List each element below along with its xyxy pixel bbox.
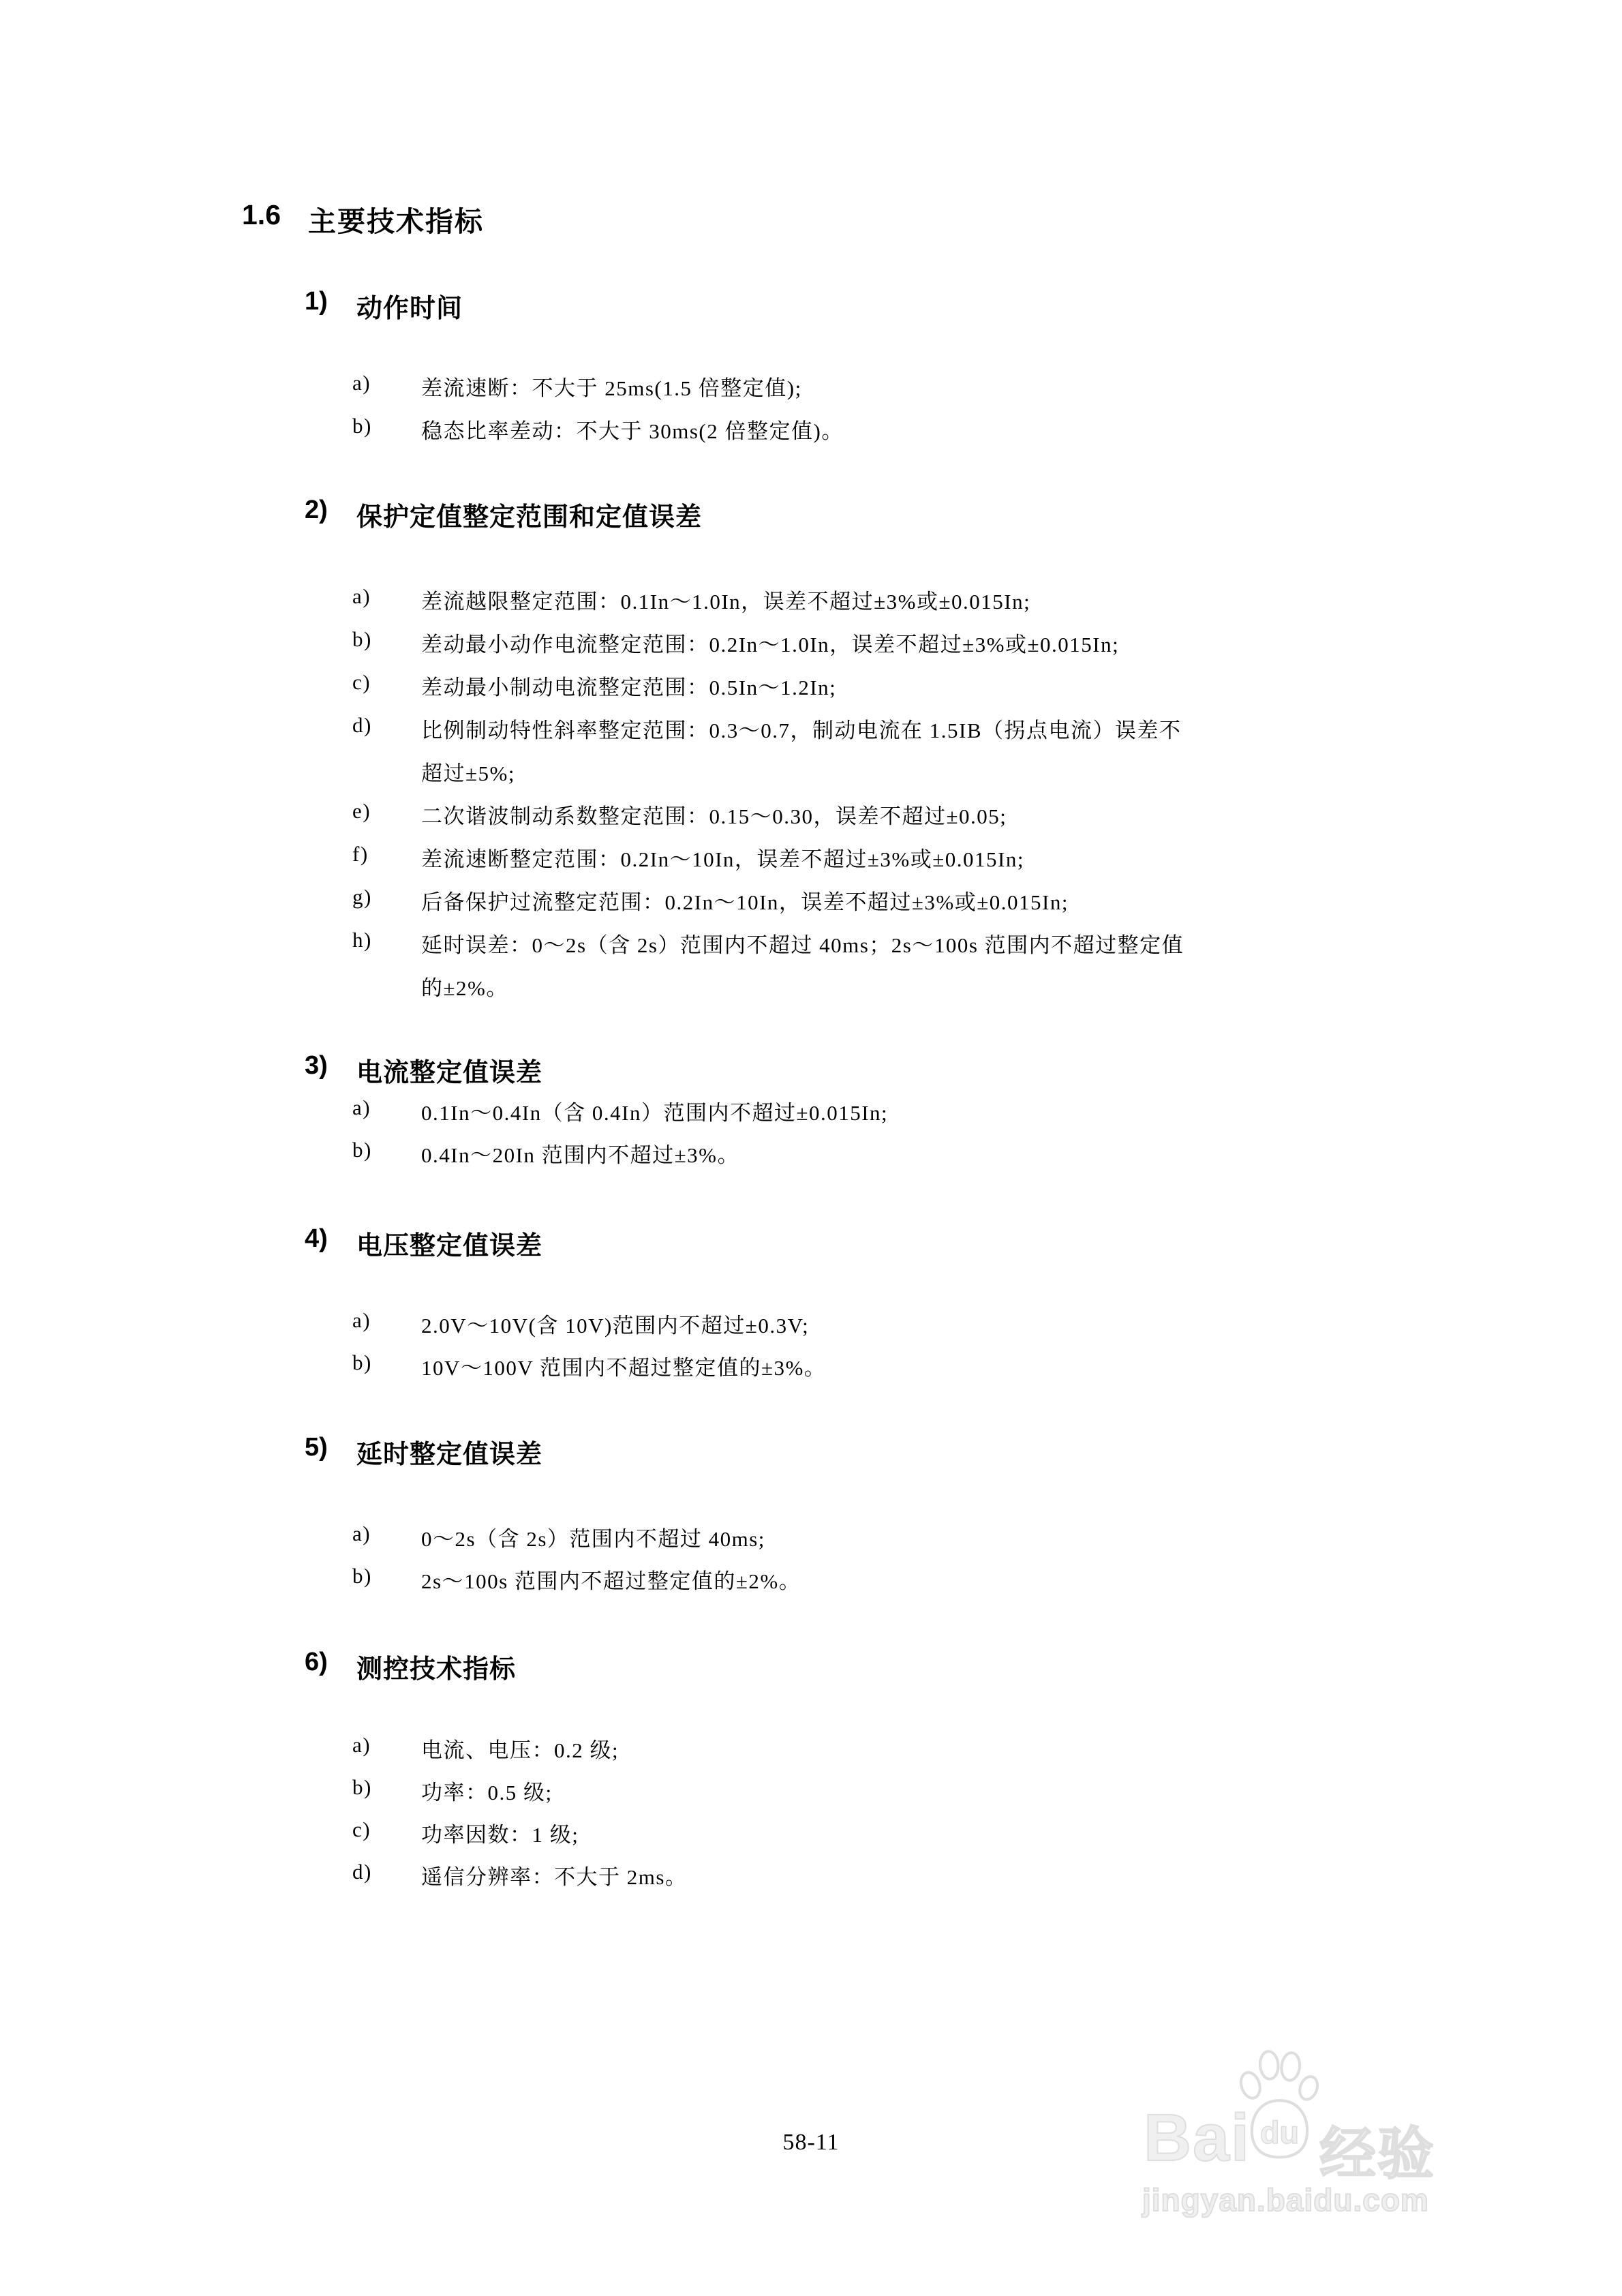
section-heading: 1) 动作时间 (0, 287, 1622, 325)
list-item-text: 0.1In～0.4In（含 0.4In）范围内不超过±0.015In; (421, 1096, 888, 1126)
section-heading-text: 延时整定值误差 (356, 1433, 542, 1470)
list-item-label: f) (352, 842, 369, 866)
list-item: c) 差动最小制动电流整定范围：0.5In～1.2In; (0, 670, 1622, 708)
list-item: a) 电流、电压：0.2 级; (0, 1733, 1622, 1771)
section-number: 5) (305, 1433, 328, 1462)
section-number: 1) (305, 287, 328, 316)
section-heading: 4) 电压整定值误差 (0, 1224, 1622, 1263)
list-item: d) 遥信分辨率：不大于 2ms。 (0, 1860, 1622, 1898)
list-item: a) 0.1In～0.4In（含 0.4In）范围内不超过±0.015In; (0, 1096, 1622, 1134)
watermark-brand-cn: 经验 (1319, 2108, 1435, 2190)
list-item-label: b) (352, 627, 372, 652)
list-item-label: d) (352, 713, 372, 738)
section-heading: 3) 电流整定值误差 (0, 1051, 1622, 1089)
list-item-continuation: 的±2%。 (0, 971, 1622, 1009)
section-heading: 2) 保护定值整定范围和定值误差 (0, 496, 1622, 534)
watermark-brand-du: du (1260, 2115, 1299, 2150)
list-item-label: b) (352, 1775, 372, 1800)
list-item: a) 2.0V～10V(含 10V)范围内不超过±0.3V; (0, 1308, 1622, 1346)
list-item-label: b) (352, 1564, 372, 1588)
list-item: b) 功率：0.5 级; (0, 1775, 1622, 1813)
list-item: c) 功率因数：1 级; (0, 1817, 1622, 1856)
list-item-text: 功率：0.5 级; (421, 1775, 553, 1806)
watermark-site-url: jingyan.baidu.com (1142, 2181, 1429, 2218)
list-item-label: a) (352, 1308, 371, 1333)
baidu-jingyan-watermark: Bai du 经验 jingyan.baidu.com (1139, 2046, 1467, 2251)
section-heading: 5) 延时整定值误差 (0, 1433, 1622, 1471)
list-item-text: 差动最小制动电流整定范围：0.5In～1.2In; (421, 670, 836, 701)
list-item-continuation: 超过±5%; (0, 756, 1622, 794)
list-item: b) 差动最小动作电流整定范围：0.2In～1.0In，误差不超过±3%或±0.… (0, 627, 1622, 665)
list-item: b) 稳态比率差动：不大于 30ms(2 倍整定值)。 (0, 414, 1622, 452)
list-item-text: 差流速断整定范围：0.2In～10In，误差不超过±3%或±0.015In; (421, 842, 1024, 873)
document-page: 1.6 主要技术指标 1) 动作时间 a) 差流速断：不大于 25ms(1.5 … (0, 0, 1622, 2296)
list-item-text: 稳态比率差动：不大于 30ms(2 倍整定值)。 (421, 414, 844, 444)
list-item: d) 比例制动特性斜率整定范围：0.3～0.7，制动电流在 1.5IB（拐点电流… (0, 713, 1622, 751)
list-item-label: d) (352, 1860, 372, 1884)
list-item: b) 2s～100s 范围内不超过整定值的±2%。 (0, 1564, 1622, 1602)
list-item: f) 差流速断整定范围：0.2In～10In，误差不超过±3%或±0.015In… (0, 842, 1622, 880)
list-item-text: 电流、电压：0.2 级; (421, 1733, 619, 1764)
list-item-label: e) (352, 799, 371, 824)
section-number: 6) (305, 1648, 328, 1677)
list-item-label: b) (352, 1138, 372, 1162)
list-item: b) 10V～100V 范围内不超过整定值的±3%。 (0, 1350, 1622, 1389)
section-number: 3) (305, 1051, 328, 1081)
list-item: a) 差流速断：不大于 25ms(1.5 倍整定值); (0, 371, 1622, 409)
list-item-text: 的±2%。 (421, 971, 508, 1001)
list-item-text: 2.0V～10V(含 10V)范围内不超过±0.3V; (421, 1308, 809, 1339)
list-item: b) 0.4In～20In 范围内不超过±3%。 (0, 1138, 1622, 1176)
list-item-label: h) (352, 928, 372, 952)
list-item-text: 后备保护过流整定范围：0.2In～10In，误差不超过±3%或±0.015In; (421, 885, 1069, 916)
list-item-label: a) (352, 371, 371, 395)
list-item-label: a) (352, 1733, 371, 1757)
list-item-text: 遥信分辨率：不大于 2ms。 (421, 1860, 687, 1890)
list-item-label: c) (352, 1817, 371, 1842)
list-item-text: 2s～100s 范围内不超过整定值的±2%。 (421, 1564, 801, 1595)
section-heading-text: 保护定值整定范围和定值误差 (356, 496, 702, 533)
page-title: 1.6 主要技术指标 (0, 199, 1622, 237)
list-item-label: a) (352, 1096, 371, 1120)
list-item-label: b) (352, 414, 372, 438)
list-item: e) 二次谐波制动系数整定范围：0.15～0.30，误差不超过±0.05; (0, 799, 1622, 837)
list-item-text: 差流速断：不大于 25ms(1.5 倍整定值); (421, 371, 802, 402)
section-heading: 6) 测控技术指标 (0, 1648, 1622, 1686)
list-item-text: 0～2s（含 2s）范围内不超过 40ms; (421, 1522, 765, 1552)
page-title-text: 主要技术指标 (308, 199, 484, 239)
list-item-label: b) (352, 1350, 372, 1375)
list-item-label: g) (352, 885, 372, 909)
list-item-text: 超过±5%; (421, 756, 515, 787)
section-heading-text: 动作时间 (356, 287, 463, 324)
list-item-text: 二次谐波制动系数整定范围：0.15～0.30，误差不超过±0.05; (421, 799, 1007, 830)
watermark-brand-bai: Bai (1144, 2100, 1251, 2176)
list-item-text: 功率因数：1 级; (421, 1817, 579, 1848)
section-heading-text: 电压整定值误差 (356, 1224, 542, 1262)
section-heading-text: 电流整定值误差 (356, 1051, 542, 1089)
list-item: h) 延时误差：0～2s（含 2s）范围内不超过 40ms；2s～100s 范围… (0, 928, 1622, 966)
list-item-label: a) (352, 584, 371, 609)
list-item-label: c) (352, 670, 371, 695)
list-item: a) 差流越限整定范围：0.1In～1.0In，误差不超过±3%或±0.015I… (0, 584, 1622, 622)
list-item-text: 0.4In～20In 范围内不超过±3%。 (421, 1138, 739, 1168)
list-item-text: 差流越限整定范围：0.1In～1.0In，误差不超过±3%或±0.015In; (421, 584, 1030, 615)
list-item: a) 0～2s（含 2s）范围内不超过 40ms; (0, 1522, 1622, 1560)
list-item-label: a) (352, 1522, 371, 1546)
list-item-text: 比例制动特性斜率整定范围：0.3～0.7，制动电流在 1.5IB（拐点电流）误差… (421, 713, 1182, 744)
section-number: 4) (305, 1224, 328, 1254)
list-item: g) 后备保护过流整定范围：0.2In～10In，误差不超过±3%或±0.015… (0, 885, 1622, 923)
page-title-number: 1.6 (242, 199, 281, 231)
baidu-paw-icon: du (1236, 2046, 1323, 2181)
section-heading-text: 测控技术指标 (356, 1648, 516, 1685)
list-item-text: 差动最小动作电流整定范围：0.2In～1.0In，误差不超过±3%或±0.015… (421, 627, 1119, 658)
section-number: 2) (305, 496, 328, 525)
list-item-text: 延时误差：0～2s（含 2s）范围内不超过 40ms；2s～100s 范围内不超… (421, 928, 1184, 958)
list-item-text: 10V～100V 范围内不超过整定值的±3%。 (421, 1350, 826, 1381)
